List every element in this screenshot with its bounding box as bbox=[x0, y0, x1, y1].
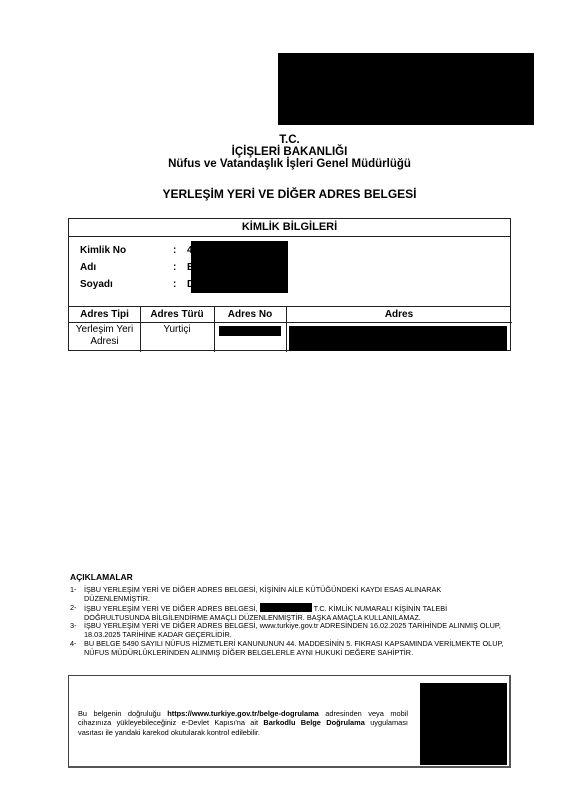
identity-colon: : bbox=[173, 245, 176, 257]
column-header-adres-no: Adres No bbox=[214, 307, 286, 323]
column-header-adres-turu: Adres Türü bbox=[140, 307, 214, 323]
identity-label: Soyadı bbox=[80, 279, 113, 291]
identity-colon: : bbox=[173, 262, 176, 274]
column-divider bbox=[140, 307, 141, 352]
column-divider bbox=[214, 307, 215, 352]
redacted-adres bbox=[289, 326, 507, 351]
redacted-header-block bbox=[278, 53, 534, 125]
document-title: YERLEŞİM YERİ VE DİĞER ADRES BELGESİ bbox=[0, 188, 579, 201]
explanation-number: 1- bbox=[70, 585, 77, 594]
address-grid: Adres Tipi Adres Türü Adres No Adres Yer… bbox=[69, 306, 510, 351]
explanation-text: İŞBU YERLEŞİM YERİ VE DİĞER ADRES BELGES… bbox=[84, 585, 509, 603]
header-ministry: İÇİŞLERİ BAKANLIĞI bbox=[0, 146, 579, 158]
verification-url-link[interactable]: https://www.turkiye.gov.tr/belge-dogrula… bbox=[167, 709, 319, 718]
redacted-tc-number bbox=[260, 603, 312, 612]
explanation-number: 2- bbox=[70, 603, 77, 612]
identity-label: Adı bbox=[80, 262, 96, 274]
header-tc: T.C. bbox=[0, 134, 579, 146]
verification-app-name: Barkodlu Belge Doğrulama bbox=[263, 718, 364, 727]
redacted-adres-no bbox=[219, 326, 281, 336]
cell-adres bbox=[286, 323, 512, 352]
identity-address-table: KİMLİK BİLGİLERİ Kimlik No : 4 Adı : E S… bbox=[68, 218, 511, 351]
cell-adres-turu: Yurtiçi bbox=[140, 323, 214, 352]
cell-adres-no bbox=[214, 323, 286, 352]
explanation-text: İŞBU YERLEŞİM YERİ VE DİĞER ADRES BELGES… bbox=[84, 621, 509, 639]
redacted-identity-values bbox=[191, 241, 288, 293]
verification-box: Bu belgenin doğruluğu https://www.turkiy… bbox=[68, 675, 511, 768]
explanation-number: 4- bbox=[70, 639, 77, 648]
explanation-text: BU BELGE 5490 SAYILI NÜFUS HİZMETLERİ KA… bbox=[84, 639, 509, 657]
explanation-number: 3- bbox=[70, 621, 77, 630]
explanations-title: AÇIKLAMALAR bbox=[70, 572, 133, 582]
identity-section-title: KİMLİK BİLGİLERİ bbox=[69, 219, 510, 237]
column-header-adres: Adres bbox=[286, 307, 512, 323]
identity-label: Kimlik No bbox=[80, 245, 126, 257]
qr-code-icon bbox=[420, 683, 507, 765]
verification-text-part1: Bu belgenin doğruluğu bbox=[78, 709, 167, 718]
header-directorate: Nüfus ve Vatandaşlık İşleri Genel Müdürl… bbox=[0, 158, 579, 170]
column-divider bbox=[286, 307, 287, 352]
identity-colon: : bbox=[173, 279, 176, 291]
cell-adres-tipi: Yerleşim Yeri Adresi bbox=[69, 323, 140, 352]
column-header-adres-tipi: Adres Tipi bbox=[69, 307, 140, 323]
verification-text: Bu belgenin doğruluğu https://www.turkiy… bbox=[78, 709, 408, 737]
explanation-text: İŞBU YERLEŞİM YERİ VE DİĞER ADRES BELGES… bbox=[84, 603, 509, 622]
explanation-text-before: İŞBU YERLEŞİM YERİ VE DİĞER ADRES BELGES… bbox=[84, 604, 258, 613]
